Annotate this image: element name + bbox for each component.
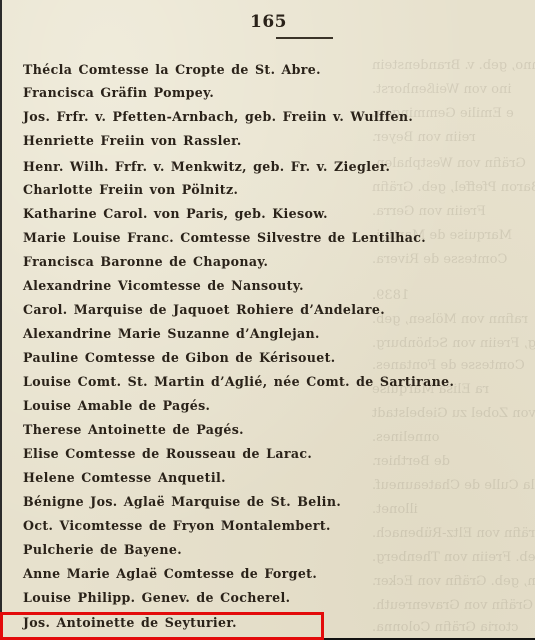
list-item: Louise Comt. St. Martin d’Aglié, née Com… (23, 374, 454, 390)
list-item: Alexandrine Marie Suzanne d’Anglejan. (23, 326, 320, 342)
scan-left-edge (0, 0, 2, 640)
list-item: Jos. Frfr. v. Pfetten-Arnbach, geb. Frei… (23, 109, 413, 125)
list-item: Elise Comtesse de Rousseau de Larac. (23, 446, 312, 462)
list-item: Therese Antoinette de Pagés. (23, 422, 244, 438)
list-item: Pauline Comtesse de Gibon de Kérisouet. (23, 350, 336, 366)
list-item: Marie Louise Franc. Comtesse Silvestre d… (23, 230, 426, 246)
list-item-highlighted: Jos. Antoinette de Seyturier. (23, 615, 237, 631)
list-item: Thécla Comtesse la Cropte de St. Abre. (23, 62, 321, 78)
list-item: Helene Comtesse Anquetil. (23, 470, 226, 486)
name-list: Thécla Comtesse la Cropte de St. Abre. F… (2, 0, 535, 638)
list-item: Francisca Gräfin Pompey. (23, 85, 214, 101)
list-item: Henr. Wilh. Frfr. v. Menkwitz, geb. Fr. … (23, 159, 390, 175)
list-item: Pulcherie de Bayene. (23, 542, 182, 558)
list-item: Henriette Freiin von Rassler. (23, 133, 242, 149)
list-item: Katharine Carol. von Paris, geb. Kiesow. (23, 206, 328, 222)
list-item: Oct. Vicomtesse de Fryon Montalembert. (23, 518, 331, 534)
list-item: Charlotte Freiin von Pölnitz. (23, 182, 238, 198)
list-item: Carol. Marquise de Jaquoet Rohiere d’And… (23, 302, 385, 318)
list-item: Bénigne Jos. Aglaë Marquise de St. Belin… (23, 494, 341, 510)
document-page: n Campanno, geb. v. Brandensteinino von … (2, 0, 535, 638)
list-item: Louise Philipp. Genev. de Cocherel. (23, 590, 290, 606)
list-item: Francisca Baronne de Chaponay. (23, 254, 268, 270)
list-item: Alexandrine Vicomtesse de Nansouty. (23, 278, 304, 294)
list-item: Louise Amable de Pagés. (23, 398, 210, 414)
list-item: Anne Marie Aglaë Comtesse de Forget. (23, 566, 317, 582)
